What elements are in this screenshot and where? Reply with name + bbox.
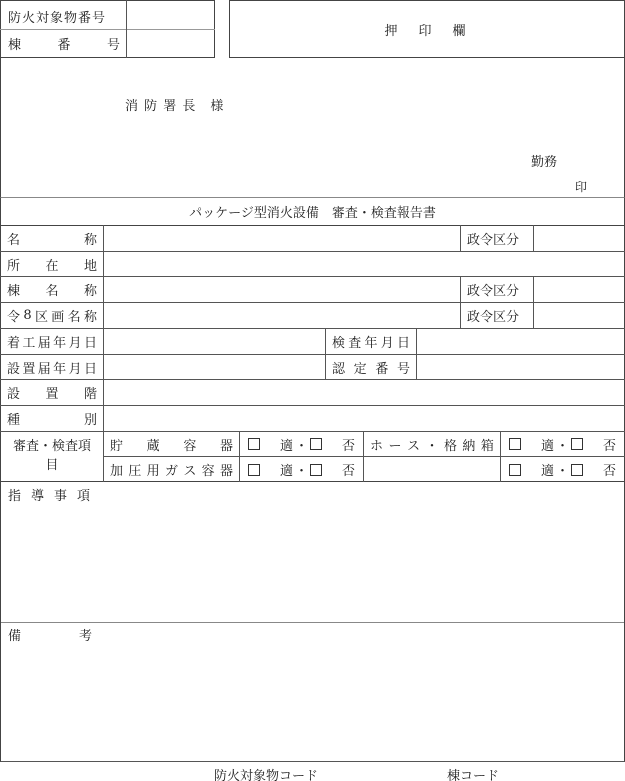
label-char: 在 [45,255,58,274]
label-char: 箱 [481,435,494,454]
inspection-label-line1: 審査・検査項 [1,437,103,456]
start-date-field[interactable] [104,329,325,354]
install-floor-field[interactable] [104,380,624,405]
inspection-date-label: 検査年月日 [326,329,416,354]
guidance-label: 指導事項 [2,483,96,505]
checkbox-ng[interactable] [310,438,322,450]
checkbox-ok[interactable] [248,464,260,476]
building-code-label: 棟コード [447,765,499,781]
ok-sep-group: 適・ [280,435,322,454]
ok-label: 適 [280,435,293,454]
result-hose-box[interactable]: 適・否 [501,432,624,456]
label-char: 置 [22,358,35,377]
label-char: 種 [7,409,20,428]
label-char: 設 [7,383,20,402]
cert-number-field[interactable] [417,355,624,379]
label-char: ス [183,460,196,479]
label-char: 名 [7,229,20,248]
remarks-label: 備考 [2,623,98,645]
stamp-label: 押 印 欄 [384,20,469,39]
ordinance-field-2[interactable] [534,277,624,302]
label-char: 令 [7,306,20,325]
inspection-item-blank[interactable] [364,457,500,482]
ordinance-field-1[interactable] [534,226,624,251]
label-char: 蔵 [147,435,160,454]
name-label: 名称 [1,226,103,251]
label-char: 称 [84,280,97,299]
inspection-item-pressurizing-gas-container: 加圧用ガス容器 [104,457,239,482]
result-blank-item[interactable]: 適・否 [501,457,624,482]
type-label: 種別 [1,406,103,431]
ordinance-label-3: 政令区分 [461,303,533,328]
building-name-label: 棟名称 [1,277,103,302]
ok-sep-group: 適・ [541,435,583,454]
label-char: 画 [51,306,64,325]
cert-number-label: 認定番号 [326,355,416,379]
remarks-section[interactable]: 備考 [0,622,625,762]
report-title-text: パッケージ型消火設備 審査・検査報告書 [189,202,436,221]
ok-sep-group: 適・ [541,460,583,479]
label-char: 日 [84,358,97,377]
label-char: 届 [38,332,51,351]
label-char: 事 [54,485,67,504]
guidance-section[interactable]: 指導事項 [0,482,625,623]
label-char: 称 [84,306,97,325]
checkbox-ng[interactable] [310,464,322,476]
label-char: 月 [381,332,394,351]
label-char: 器 [220,435,233,454]
checkbox-ng[interactable] [571,464,583,476]
label-char: ・ [425,435,438,454]
result-storage-container[interactable]: 適・否 [240,432,363,456]
label-char: 工 [22,332,35,351]
section-name-label: 令8区画名称 [1,303,103,328]
label-char: 年 [53,358,66,377]
inspection-label-line2: 目 [1,456,103,475]
label-char: 加 [110,460,123,479]
label-char: 日 [397,332,410,351]
label-char: 導 [31,485,44,504]
label-char: 所 [7,255,20,274]
label-char: 容 [202,460,215,479]
name-field[interactable] [104,226,460,251]
label-char: 月 [69,358,82,377]
ok-label: 適 [280,460,293,479]
label-char: 格 [444,435,457,454]
label-char: 棟 [7,280,20,299]
label-char: 置 [45,383,58,402]
label-char: ス [407,435,420,454]
label-char: 月 [69,332,82,351]
label-char: 名 [45,280,58,299]
separator: ・ [556,435,569,454]
install-floor-label: 設置階 [1,380,103,405]
label-char: 設 [7,358,20,377]
inspection-item-hose-box: ホース・格納箱 [364,432,500,456]
ok-label: 適 [541,435,554,454]
label-char: 号 [107,34,120,53]
label-char: 指 [8,485,21,504]
addressee-to: 消 防 署 長 様 [125,95,224,114]
label-char: 容 [183,435,196,454]
label-char: 番 [375,358,388,377]
ng-label: 否 [603,460,616,479]
label-char: 用 [147,460,160,479]
separator: ・ [556,460,569,479]
label-char: ー [388,435,401,454]
label-char: 区 [35,306,48,325]
label-char: ガ [165,460,178,479]
result-pressurizing-gas-container[interactable]: 適・否 [240,457,363,482]
stamp-box: 押 印 欄 [229,0,625,58]
label-char: 査 [348,332,361,351]
label-char: 年 [364,332,377,351]
label-char: 棟 [8,34,21,53]
inspection-items-label: 審査・検査項 目 [1,432,103,482]
label-char: 届 [38,358,51,377]
building-name-field[interactable] [104,277,460,302]
object-number-field[interactable] [127,1,214,29]
install-date-field[interactable] [104,355,325,379]
duty-label: 勤務 [531,151,557,170]
building-number-label: 棟番号 [2,30,126,57]
type-field[interactable] [104,406,624,431]
label-char: 項 [77,485,90,504]
label-char: 称 [84,229,97,248]
checkbox-ok[interactable] [509,438,521,450]
ordinance-field-3[interactable] [534,303,624,328]
label-char: 番 [57,34,70,53]
ng-label: 否 [603,435,616,454]
checkbox-ok[interactable] [509,464,521,476]
location-label: 所在地 [1,252,103,276]
checkbox-ng[interactable] [571,438,583,450]
checkbox-ok[interactable] [248,438,260,450]
label-char: 検 [332,332,345,351]
separator: ・ [295,435,308,454]
inspection-date-field[interactable] [417,329,624,354]
label-char: 備 [8,625,21,644]
report-title: パッケージ型消火設備 審査・検査報告書 [0,198,625,226]
label-char: 別 [84,409,97,428]
addressee-block: 消 防 署 長 様 勤務 印 [0,57,625,198]
ng-label: 否 [342,460,355,479]
ng-label: 否 [342,435,355,454]
object-code-label: 防火対象物コード [214,765,318,781]
label-char: 着 [7,332,20,351]
label-char: 器 [220,460,233,479]
building-number-field[interactable] [127,30,214,57]
label-char: 納 [462,435,475,454]
seal-mark: 印 [575,178,587,195]
separator: ・ [295,460,308,479]
ok-label: 適 [541,460,554,479]
start-date-label: 着工届年月日 [1,329,103,354]
label-char: 階 [84,383,97,402]
label-char: 地 [84,255,97,274]
label-char: 定 [354,358,367,377]
ordinance-label-1: 政令区分 [461,226,533,251]
ordinance-label-2: 政令区分 [461,277,533,302]
section-name-field[interactable] [104,303,460,328]
label-char: 認 [332,358,345,377]
location-field[interactable] [104,252,624,276]
inspection-item-storage-container: 貯蔵容器 [104,432,239,456]
object-number-label: 防火対象物番号 [2,3,126,29]
label-char: 名 [68,306,81,325]
ok-sep-group: 適・ [280,460,322,479]
label-char: 号 [397,358,410,377]
label-char: 年 [53,332,66,351]
label-char: ホ [370,435,383,454]
label-char: 考 [79,625,92,644]
label-char: 8 [23,308,31,323]
install-date-label: 設置届年月日 [1,355,103,379]
label-char: 圧 [128,460,141,479]
label-char: 日 [84,332,97,351]
label-char: 貯 [110,435,123,454]
